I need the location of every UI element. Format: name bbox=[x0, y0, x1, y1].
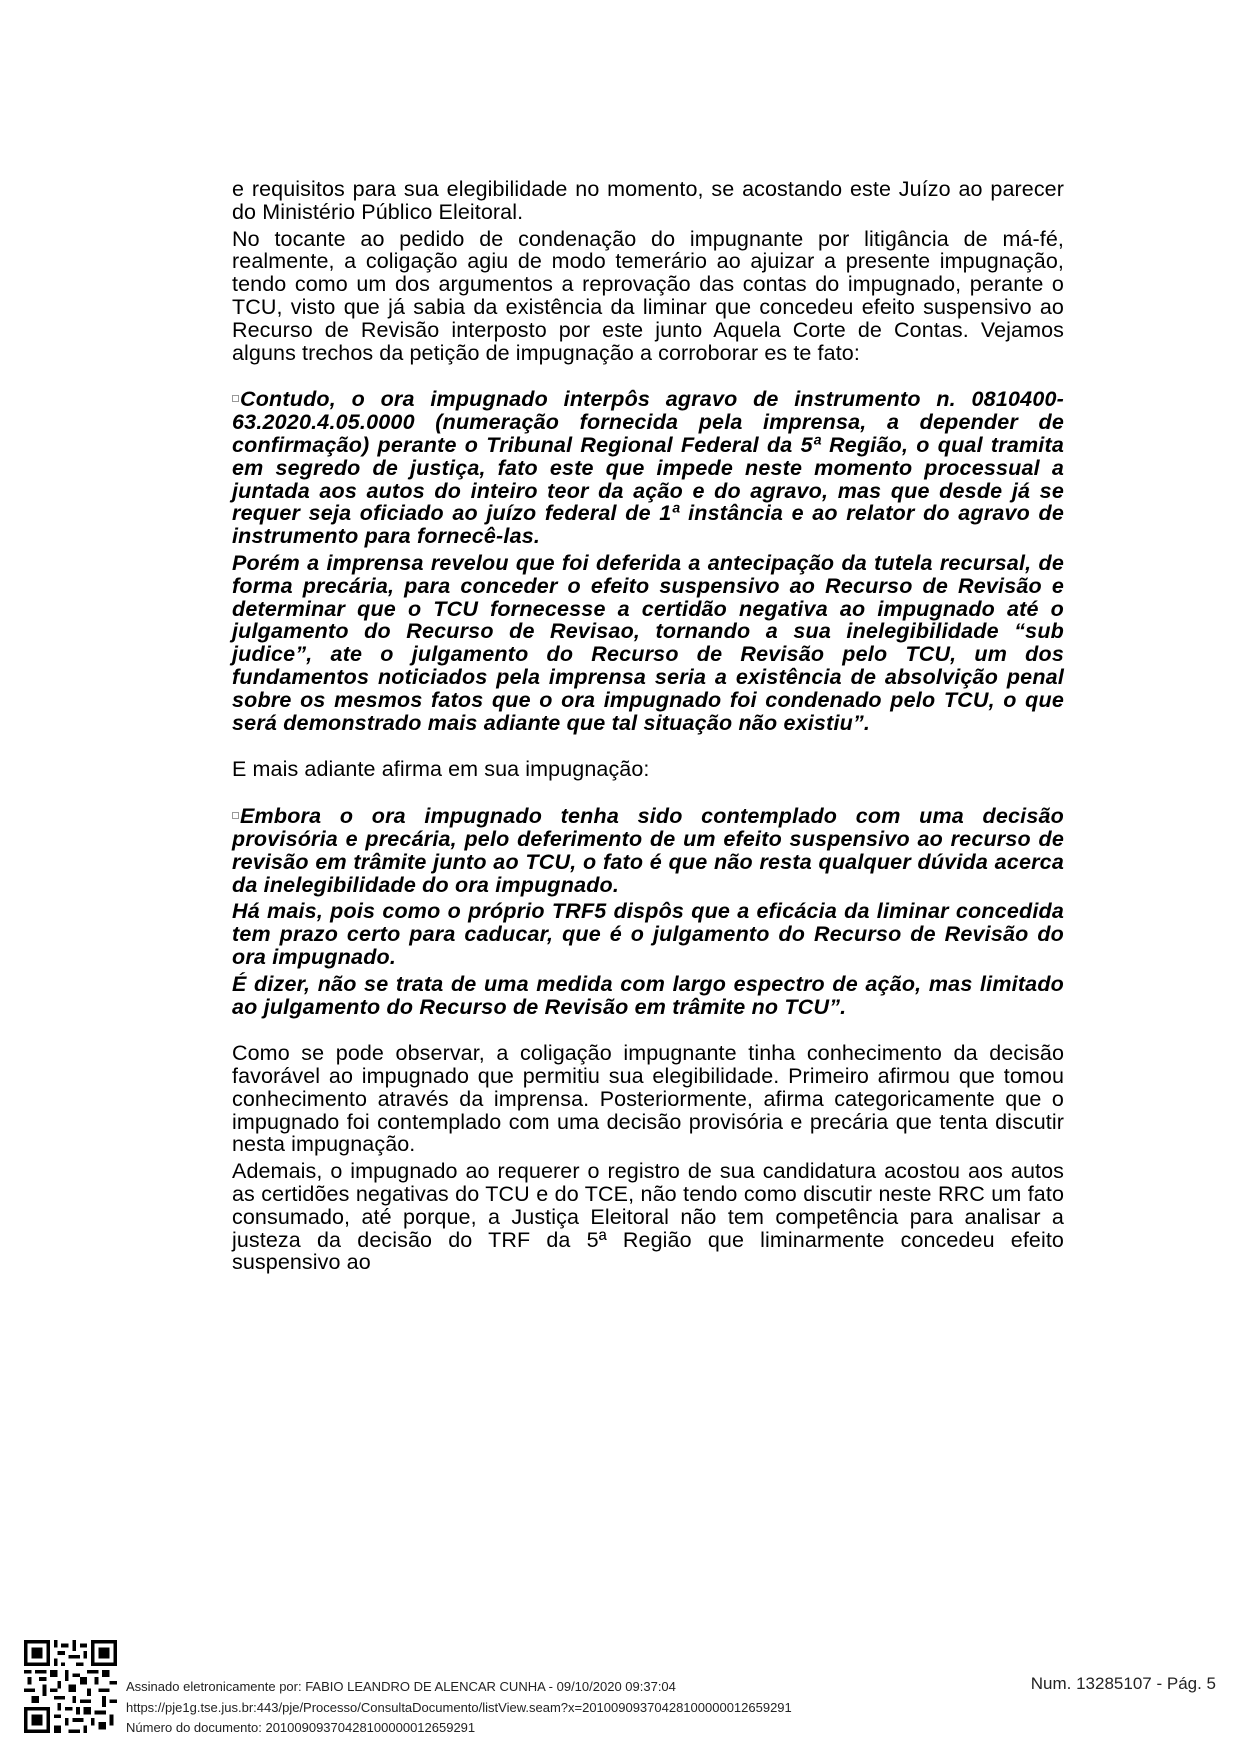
document-number-line: Número do documento: 2010090937042810000… bbox=[126, 1718, 792, 1739]
quote-marker-icon bbox=[232, 812, 239, 819]
quote-marker-icon bbox=[232, 395, 239, 402]
spacer bbox=[232, 364, 1064, 388]
document-page: e requisitos para sua elegibilidade no m… bbox=[0, 0, 1240, 1755]
quote-ha-mais: Há mais, pois como o próprio TRF5 dispôs… bbox=[232, 900, 1064, 968]
paragraph-ma-fe: No tocante ao pedido de condenação do im… bbox=[232, 228, 1064, 365]
page-number: Num. 13285107 - Pág. 5 bbox=[1031, 1674, 1216, 1694]
quote-porem: Porém a imprensa revelou que foi deferid… bbox=[232, 552, 1064, 734]
document-body: e requisitos para sua elegibilidade no m… bbox=[232, 178, 1064, 1274]
qr-code-icon[interactable] bbox=[24, 1640, 117, 1733]
spacer bbox=[232, 1018, 1064, 1042]
paragraph-como-se-pode: Como se pode observar, a coligação impug… bbox=[232, 1042, 1064, 1156]
spacer bbox=[232, 781, 1064, 805]
quote-text: Embora o ora impugnado tenha sido contem… bbox=[232, 804, 1064, 896]
paragraph-elegibility: e requisitos para sua elegibilidade no m… bbox=[232, 178, 1064, 224]
spacer bbox=[232, 734, 1064, 758]
quote-contudo: Contudo, o ora impugnado interpôs agravo… bbox=[232, 388, 1064, 548]
signature-footer: Assinado eletronicamente por: FABIO LEAN… bbox=[0, 1620, 1240, 1755]
quote-e-dizer: É dizer, não se trata de uma medida com … bbox=[232, 973, 1064, 1019]
signature-info: Assinado eletronicamente por: FABIO LEAN… bbox=[126, 1677, 792, 1739]
quote-text: Contudo, o ora impugnado interpôs agravo… bbox=[232, 387, 1064, 548]
paragraph-ademais: Ademais, o impugnado ao requerer o regis… bbox=[232, 1160, 1064, 1274]
quote-embora: Embora o ora impugnado tenha sido contem… bbox=[232, 805, 1064, 896]
document-url-link[interactable]: https://pje1g.tse.jus.br:443/pje/Process… bbox=[126, 1698, 792, 1719]
paragraph-mais-adiante: E mais adiante afirma em sua impugnação: bbox=[232, 758, 1064, 781]
signed-by-line: Assinado eletronicamente por: FABIO LEAN… bbox=[126, 1677, 792, 1698]
